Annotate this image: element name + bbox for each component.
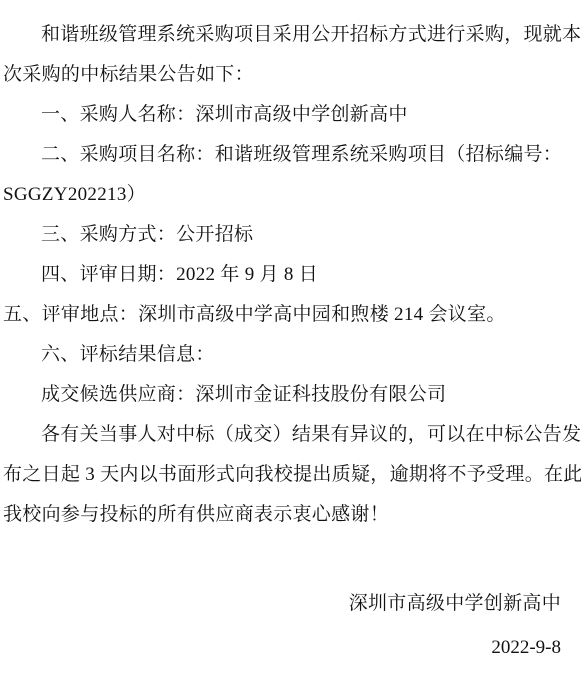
text-line: 成交候选供应商：深圳市金证科技股份有限公司 [3,375,581,415]
text-line: 五、评审地点：深圳市高级中学高中园和煦楼 214 会议室。 [3,295,581,335]
text-line: 和谐班级管理系统采购项目采用公开招标方式进行采购，现就本 [3,15,581,55]
signature-date: 2022-9-8 [491,628,561,668]
text-line: 各有关当事人对中标（成交）结果有异议的，可以在中标公告发 [3,415,581,455]
text-line: 我校向参与投标的所有供应商表示衷心感谢！ [3,495,581,535]
text-line: SGGZY202213） [3,175,581,215]
text-line: 六、评标结果信息： [3,335,581,375]
text-line: 布之日起 3 天内以书面形式向我校提出质疑，逾期将不予受理。在此， [3,455,581,495]
announcement-body-text: 和谐班级管理系统采购项目采用公开招标方式进行采购，现就本次采购的中标结果公告如下… [3,15,581,535]
text-line: 四、评审日期：2022 年 9 月 8 日 [3,255,581,295]
text-line: 三、采购方式：公开招标 [3,215,581,255]
text-line: 一、采购人名称：深圳市高级中学创新高中 [3,95,581,135]
announcement-document-page: 和谐班级管理系统采购项目采用公开招标方式进行采购，现就本次采购的中标结果公告如下… [0,0,587,688]
text-line: 二、采购项目名称：和谐班级管理系统采购项目（招标编号： [3,135,581,175]
signature-organization: 深圳市高级中学创新高中 [349,584,561,624]
text-line: 次采购的中标结果公告如下： [3,55,581,95]
